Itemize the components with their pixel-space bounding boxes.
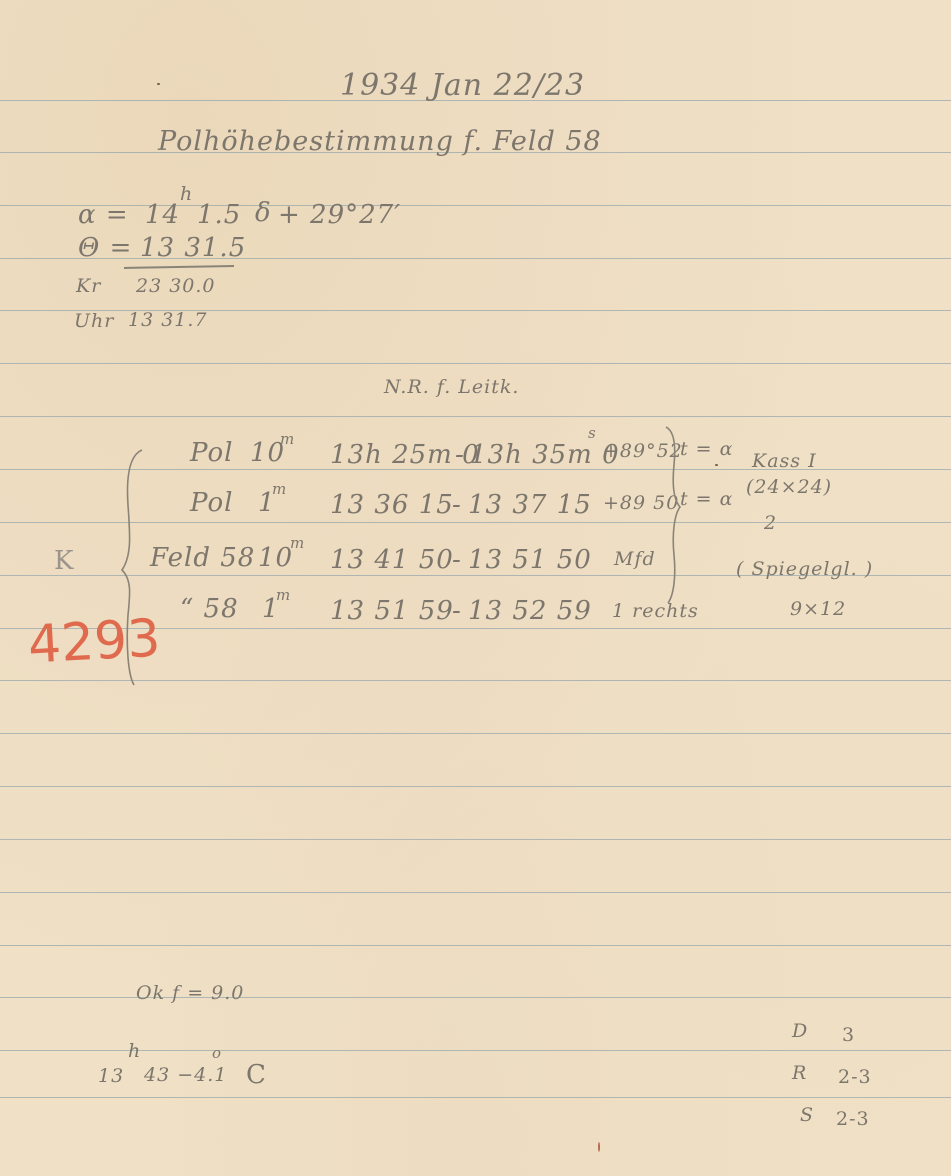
exposure-start: 13 36 15 <box>330 490 454 520</box>
kassette-number: 2 <box>764 512 777 534</box>
kassette-format: (24×24) <box>746 476 832 498</box>
mirror-glass-note: ( Spiegelgl. ) <box>736 558 873 580</box>
right-brace-icon <box>662 425 692 605</box>
uhr-label: Uhr <box>74 310 114 332</box>
delta-label: δ <box>255 198 272 228</box>
exposure-target: Pol <box>190 438 233 468</box>
delta-value: + 29°27′ <box>278 200 401 230</box>
ruled-line <box>0 363 951 364</box>
ruled-line <box>0 786 951 787</box>
exposure-dash: - <box>452 596 462 626</box>
alpha-hours: 14 <box>145 200 180 230</box>
group-label: K <box>54 546 74 576</box>
exposure-target: Pol <box>190 488 233 518</box>
exposure-target: “ 58 <box>180 594 239 624</box>
exposure-duration-unit: m <box>290 534 305 552</box>
alpha-hours-unit: h <box>180 183 193 205</box>
entry-title: Polhöhebestimmung f. Feld 58 <box>158 126 602 157</box>
paper-speck <box>598 1142 600 1152</box>
time-temperature: 43 −4.1 <box>144 1064 227 1086</box>
ruled-line <box>0 416 951 417</box>
ruled-line <box>0 945 951 946</box>
exposure-end: 13 51 50 <box>468 545 592 575</box>
ruled-line <box>0 205 951 206</box>
rating-value: 2-3 <box>836 1108 870 1130</box>
ocular-focal-line: Ok f = 9.0 <box>136 982 244 1004</box>
time-hours-unit: h <box>128 1040 141 1062</box>
theta-label: Θ = <box>78 233 132 263</box>
rating-symbol: D <box>792 1020 808 1042</box>
exposure-dash: - <box>452 490 462 520</box>
plate-number: 4293 <box>27 609 162 676</box>
exposure-duration-unit: m <box>280 430 295 448</box>
rating-value: 2-3 <box>838 1066 872 1088</box>
exposure-decl: Mfd <box>614 548 656 570</box>
ruled-line <box>0 733 951 734</box>
exposure-start: 13 41 50 <box>330 545 454 575</box>
rating-symbol: R <box>792 1062 807 1084</box>
kr-label: Kr <box>76 275 101 297</box>
time-hours: 13 <box>98 1065 124 1087</box>
uhr-value: 13 31.7 <box>128 309 208 331</box>
plate-format: 9×12 <box>790 598 846 620</box>
exposure-target: Feld 58 <box>150 543 255 573</box>
exposure-dash: - <box>455 440 465 470</box>
rating-symbol: S <box>800 1104 814 1126</box>
theta-value: 13 31.5 <box>140 233 246 263</box>
exposure-end: 13 52 59 <box>468 596 592 626</box>
alpha-minutes: 1.5 <box>197 200 241 230</box>
exposure-duration-unit: m <box>276 586 291 604</box>
ruled-line <box>0 839 951 840</box>
kr-value: 23 30.0 <box>136 275 216 297</box>
notebook-page: 1934 Jan 22/23 Polhöhebestimmung f. Feld… <box>0 0 951 1176</box>
section-heading: N.R. f. Leitk. <box>384 376 519 398</box>
temperature-unit: C <box>246 1060 267 1090</box>
exposure-end-sup: s <box>588 424 597 442</box>
ruled-line <box>0 892 951 893</box>
kassette-label: Kass I <box>752 450 817 472</box>
alpha-label: α = <box>78 200 129 230</box>
ruled-line <box>0 1050 951 1051</box>
rating-value: 3 <box>842 1024 855 1046</box>
sum-underline <box>124 265 234 269</box>
paper-speck <box>157 83 160 85</box>
exposure-end: 13 37 15 <box>468 490 592 520</box>
entry-date: 1934 Jan 22/23 <box>340 68 585 103</box>
exposure-dash: - <box>452 545 462 575</box>
exposure-end: 13h 35m 0 <box>470 440 620 470</box>
exposure-duration-unit: m <box>272 480 287 498</box>
ruled-line <box>0 1097 951 1098</box>
exposure-duration: 10 <box>258 543 293 573</box>
paper-speck <box>715 464 718 466</box>
exposure-start: 13 51 59 <box>330 596 454 626</box>
temperature-degree: o <box>212 1044 222 1062</box>
